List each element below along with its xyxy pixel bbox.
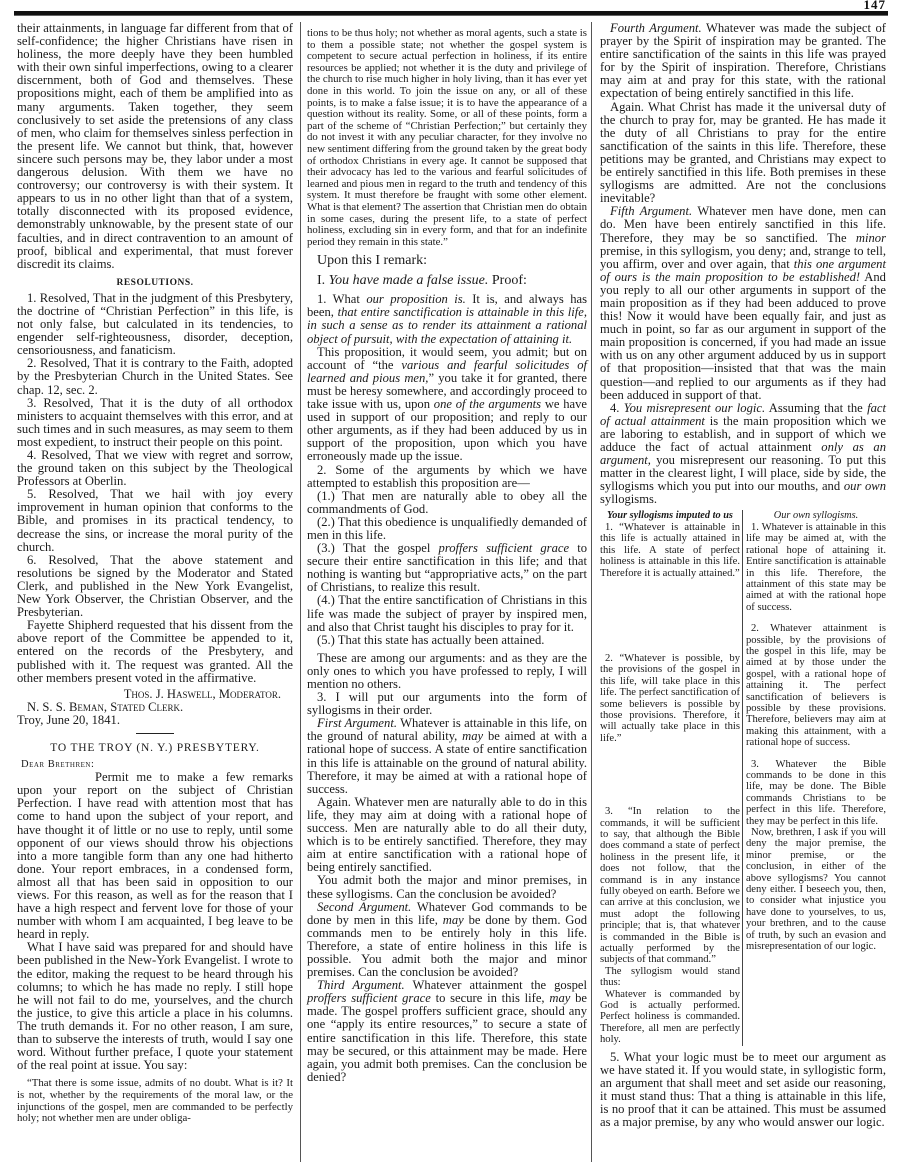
point-one-label: I.	[317, 273, 325, 288]
section-divider	[136, 733, 174, 734]
text-run: 4.	[610, 401, 619, 415]
syllogism-intro: 3. I will put our arguments into the for…	[307, 691, 587, 717]
place-date: Troy, June 20, 1841.	[17, 714, 293, 727]
argument-label: Second Argument.	[317, 900, 411, 914]
again-paragraph: Again. Whatever men are naturally able t…	[307, 796, 587, 875]
resolution-1: 1. Resolved, That in the judgment of thi…	[17, 292, 293, 357]
remark-intro: Upon this I remark:	[307, 253, 587, 268]
own-syllogism-2: 2. Whatever attainment is possible, by t…	[746, 623, 886, 748]
imputed-syllogism-2: 2. “Whatever is possible, by the provisi…	[600, 653, 740, 744]
argument-4: (4.) That the entire sanctification of C…	[307, 594, 587, 633]
text-run-italic: may	[462, 729, 483, 743]
text-run: Assuming that the	[769, 401, 863, 415]
admit-both: You admit both the major and minor premi…	[307, 874, 587, 900]
text-run: syllogisms.	[600, 492, 657, 506]
syllogism-comparison-table: Your syllogisms imputed to us 1. “Whatev…	[600, 510, 886, 1045]
fifth-argument: Fifth Argument. Whatever men have done, …	[600, 205, 886, 401]
again-paragraph: Again. What Christ has made it the unive…	[600, 101, 886, 206]
resolution-5: 5. Resolved, That we hail with joy every…	[17, 488, 293, 553]
text-run-italic: proffers sufficient grace	[439, 541, 570, 555]
second-argument: Second Argument. Whatever God commands t…	[307, 901, 587, 980]
imputed-syllogism-3-form: Whatever is commanded by God is actually…	[600, 989, 740, 1046]
point-five: 5. What your logic must be to meet our a…	[600, 1051, 886, 1130]
moderator-signature: Thos. J. Haswell, Moderator.	[17, 688, 293, 701]
own-syllogism-1: 1. Whatever is attainable in this life m…	[746, 522, 886, 613]
syllogism-would-stand: The syllogism would stand thus:	[600, 966, 740, 989]
argument-3: (3.) That the gospel proffers sufficient…	[307, 542, 587, 594]
text-run-italic: You misrepresent our logic.	[624, 401, 765, 415]
argument-5: (5.) That this state has actually been a…	[307, 634, 587, 647]
quote-start: “That there is some issue, admits of no …	[17, 1078, 293, 1124]
text-run-italic: minor	[856, 231, 886, 245]
letter-paragraph-2: What I have said was prepared for and sh…	[17, 941, 293, 1072]
text-run: to secure in this life,	[436, 991, 545, 1005]
point-four: 4. You misrepresent our logic. Assuming …	[600, 402, 886, 507]
resolution-2: 2. Resolved, That it is contrary to the …	[17, 357, 293, 396]
text-run-italic: one of the arguments	[434, 397, 541, 411]
text-run-italic: proffers sufficient grace	[307, 991, 431, 1005]
spacer	[600, 744, 740, 806]
left-column: their attainments, in language far diffe…	[17, 22, 293, 1125]
argument-1: (1.) That men are naturally able to obey…	[307, 490, 587, 516]
point-one: I. You have made a false issue. Proof:	[307, 273, 587, 288]
own-syllogisms-column: Our own syllogisms. 1. Whatever is attai…	[743, 510, 886, 1045]
spacer	[600, 579, 740, 653]
resolution-6: 6. Resolved, That the above statement an…	[17, 554, 293, 619]
point-one-italic: You have made a false issue.	[329, 273, 489, 288]
argument-2: (2.) That this obedience is unqualifiedl…	[307, 516, 587, 542]
imputed-syllogisms-column: Your syllogisms imputed to us 1. “Whatev…	[600, 510, 743, 1045]
among-arguments: These are among our arguments: and as th…	[307, 652, 587, 691]
arguments-intro: 2. Some of the arguments by which we hav…	[307, 464, 587, 490]
text-run: (3.) That the gospel	[317, 541, 430, 555]
middle-column: tions to be thus holy; not whether as mo…	[300, 22, 592, 1162]
letter-paragraph-1: Permit me to make a few remarks upon you…	[17, 771, 293, 941]
brethren-appeal: Now, brethren, I ask if you will deny th…	[746, 827, 886, 952]
dissent-note: Fayette Shipherd requested that his diss…	[17, 619, 293, 684]
text-run: And you reply to all our other arguments…	[600, 270, 886, 402]
text-run-italic: our own	[844, 479, 886, 493]
third-argument: Third Argument. Whatever attainment the …	[307, 979, 587, 1084]
quote-continued: tions to be thus holy; not whether as mo…	[307, 28, 587, 248]
argument-label: Fifth Argument.	[610, 204, 692, 218]
point-one-suffix: Proof:	[492, 273, 527, 288]
text-run-italic: may	[549, 991, 570, 1005]
right-column: Fourth Argument. Whatever was made the s…	[600, 22, 886, 1129]
text-run: be made. The gospel proffers sufficient …	[307, 991, 587, 1084]
spacer	[746, 749, 886, 759]
letter-heading: TO THE TROY (N. Y.) PRESBYTERY.	[17, 742, 293, 755]
argument-label: First Argument.	[317, 716, 397, 730]
page-number: 147	[864, 0, 887, 13]
spacer	[746, 613, 886, 623]
first-argument: First Argument. Whatever is attainable i…	[307, 717, 587, 796]
resolution-3: 3. Resolved, That it is the duty of all …	[17, 397, 293, 449]
own-syllogisms-heading: Our own syllogisms.	[746, 510, 886, 521]
intro-paragraph: their attainments, in language far diffe…	[17, 22, 293, 271]
clerk-signature: N. S. S. Beman, Stated Clerk.	[17, 701, 293, 714]
imputed-syllogism-3: 3. “In relation to the commands, it will…	[600, 806, 740, 966]
proposition-paragraph: 1. What our proposition is. It is, and a…	[307, 293, 587, 345]
own-syllogism-3: 3. Whatever the Bible commands to be don…	[746, 759, 886, 827]
text-run: 1. What	[317, 292, 360, 306]
fourth-argument: Fourth Argument. Whatever was made the s…	[600, 22, 886, 101]
text-run-italic: may	[443, 913, 464, 927]
imputed-syllogism-1: 1. “Whatever is attainable in this life …	[600, 522, 740, 579]
resolution-4: 4. Resolved, That we view with regret an…	[17, 449, 293, 488]
text-run-italic: that entire sanctification is attainable…	[307, 305, 587, 345]
imputed-syllogisms-heading: Your syllogisms imputed to us	[600, 510, 740, 521]
text-run: Whatever attainment the gospel	[413, 978, 587, 992]
resolutions-heading: RESOLUTIONS.	[17, 277, 293, 290]
header-rule	[14, 11, 888, 16]
text-run-italic: our proposition is.	[366, 292, 465, 306]
admit-paragraph: This proposition, it would seem, you adm…	[307, 346, 587, 464]
argument-label: Third Argument.	[317, 978, 405, 992]
argument-label: Fourth Argument.	[610, 21, 702, 35]
